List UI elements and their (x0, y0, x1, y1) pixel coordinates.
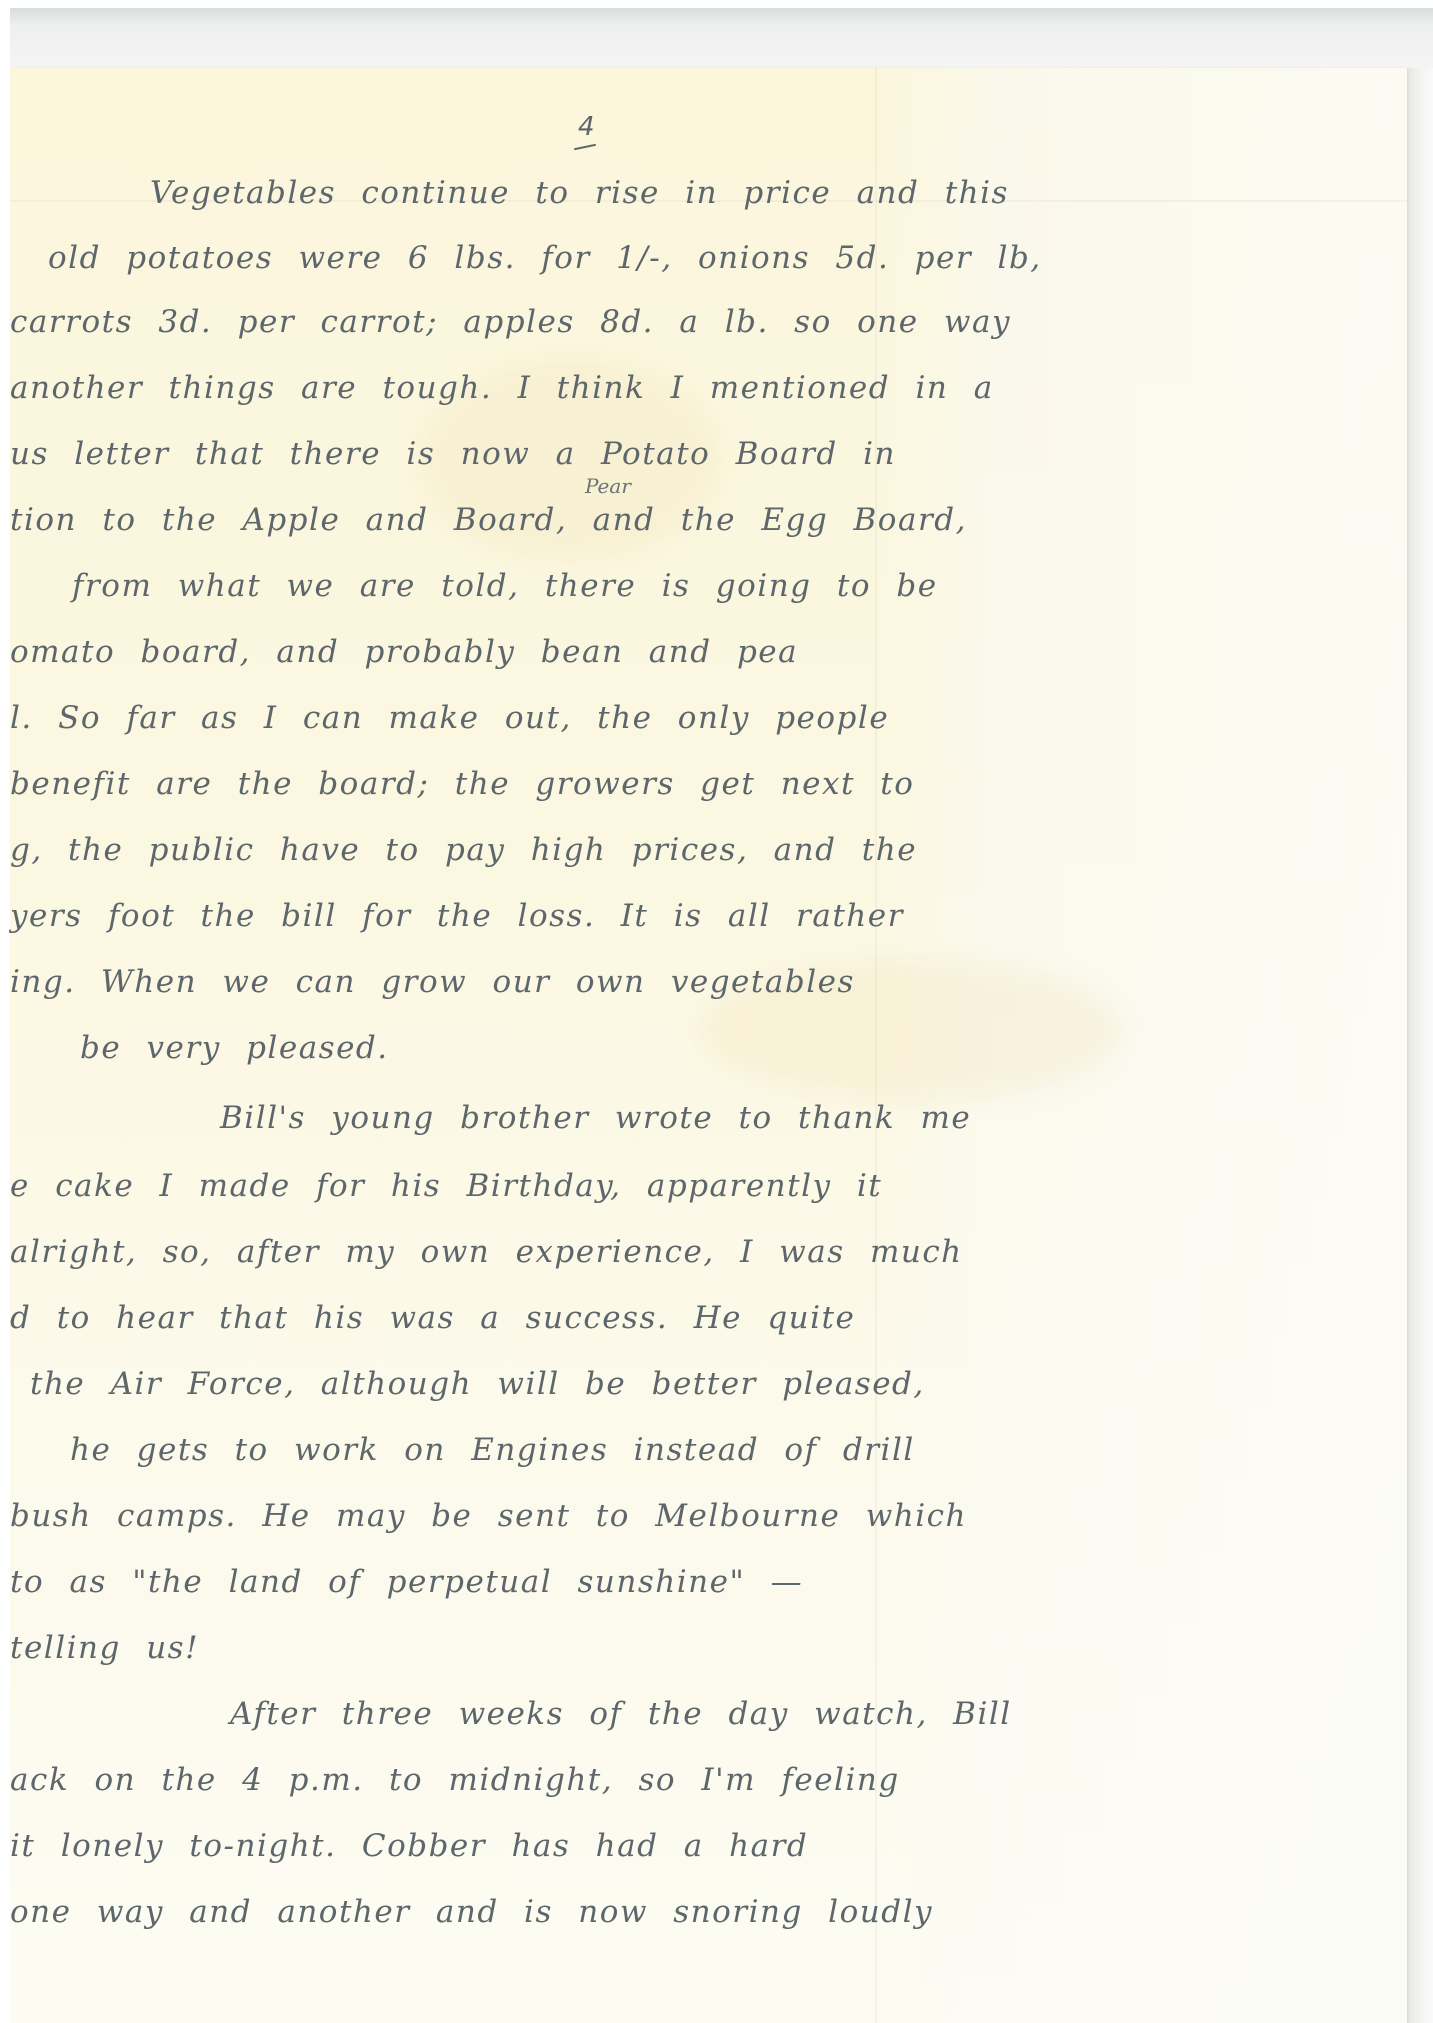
letter-line: one way and another and is now snoring l… (10, 1894, 933, 1930)
paper-right-edge (1407, 68, 1433, 2023)
letter-line: from what we are told, there is going to… (72, 568, 938, 604)
letter-line: old potatoes were 6 lbs. for 1/-, onions… (48, 240, 1042, 276)
letter-line: ing. When we can grow our own vegetables (10, 964, 855, 1000)
letter-line: alright, so, after my own experience, I … (10, 1234, 963, 1270)
letter-line: bush camps. He may be sent to Melbourne … (10, 1498, 967, 1534)
letter-line: he gets to work on Engines instead of dr… (70, 1432, 915, 1468)
letter-line: benefit are the board; the growers get n… (10, 766, 914, 802)
handwritten-insertion: Pear (585, 474, 631, 498)
letter-line: omato board, and probably bean and pea (10, 634, 798, 670)
letter-line: l. So far as I can make out, the only pe… (10, 700, 889, 736)
letter-line: d to hear that his was a success. He qui… (10, 1300, 855, 1336)
letter-line: ack on the 4 p.m. to midnight, so I'm fe… (10, 1762, 900, 1798)
letter-line: to as "the land of perpetual sunshine" — (10, 1564, 803, 1600)
letter-line: us letter that there is now a Potato Boa… (10, 436, 896, 472)
letter-line: carrots 3d. per carrot; apples 8d. a lb.… (10, 304, 1011, 340)
letter-line: it lonely to-night. Cobber has had a har… (10, 1828, 808, 1864)
letter-line: tion to the Apple and Board, and the Egg… (10, 502, 967, 538)
letter-line: the Air Force, although will be better p… (30, 1366, 925, 1402)
letter-line: be very pleased. (80, 1030, 389, 1066)
letter-line: e cake I made for his Birthday, apparent… (10, 1168, 882, 1204)
letter-line: g, the public have to pay high prices, a… (10, 832, 917, 868)
letter-line: After three weeks of the day watch, Bill (230, 1696, 1012, 1732)
letter-body: Vegetables continue to rise in price and… (10, 0, 1407, 2023)
letter-line: telling us! (10, 1630, 199, 1666)
letter-line: yers foot the bill for the loss. It is a… (10, 898, 904, 934)
letter-line: another things are tough. I think I ment… (10, 370, 994, 406)
letter-line: Vegetables continue to rise in price and… (150, 175, 1009, 211)
letter-line: Bill's young brother wrote to thank me (220, 1100, 971, 1136)
